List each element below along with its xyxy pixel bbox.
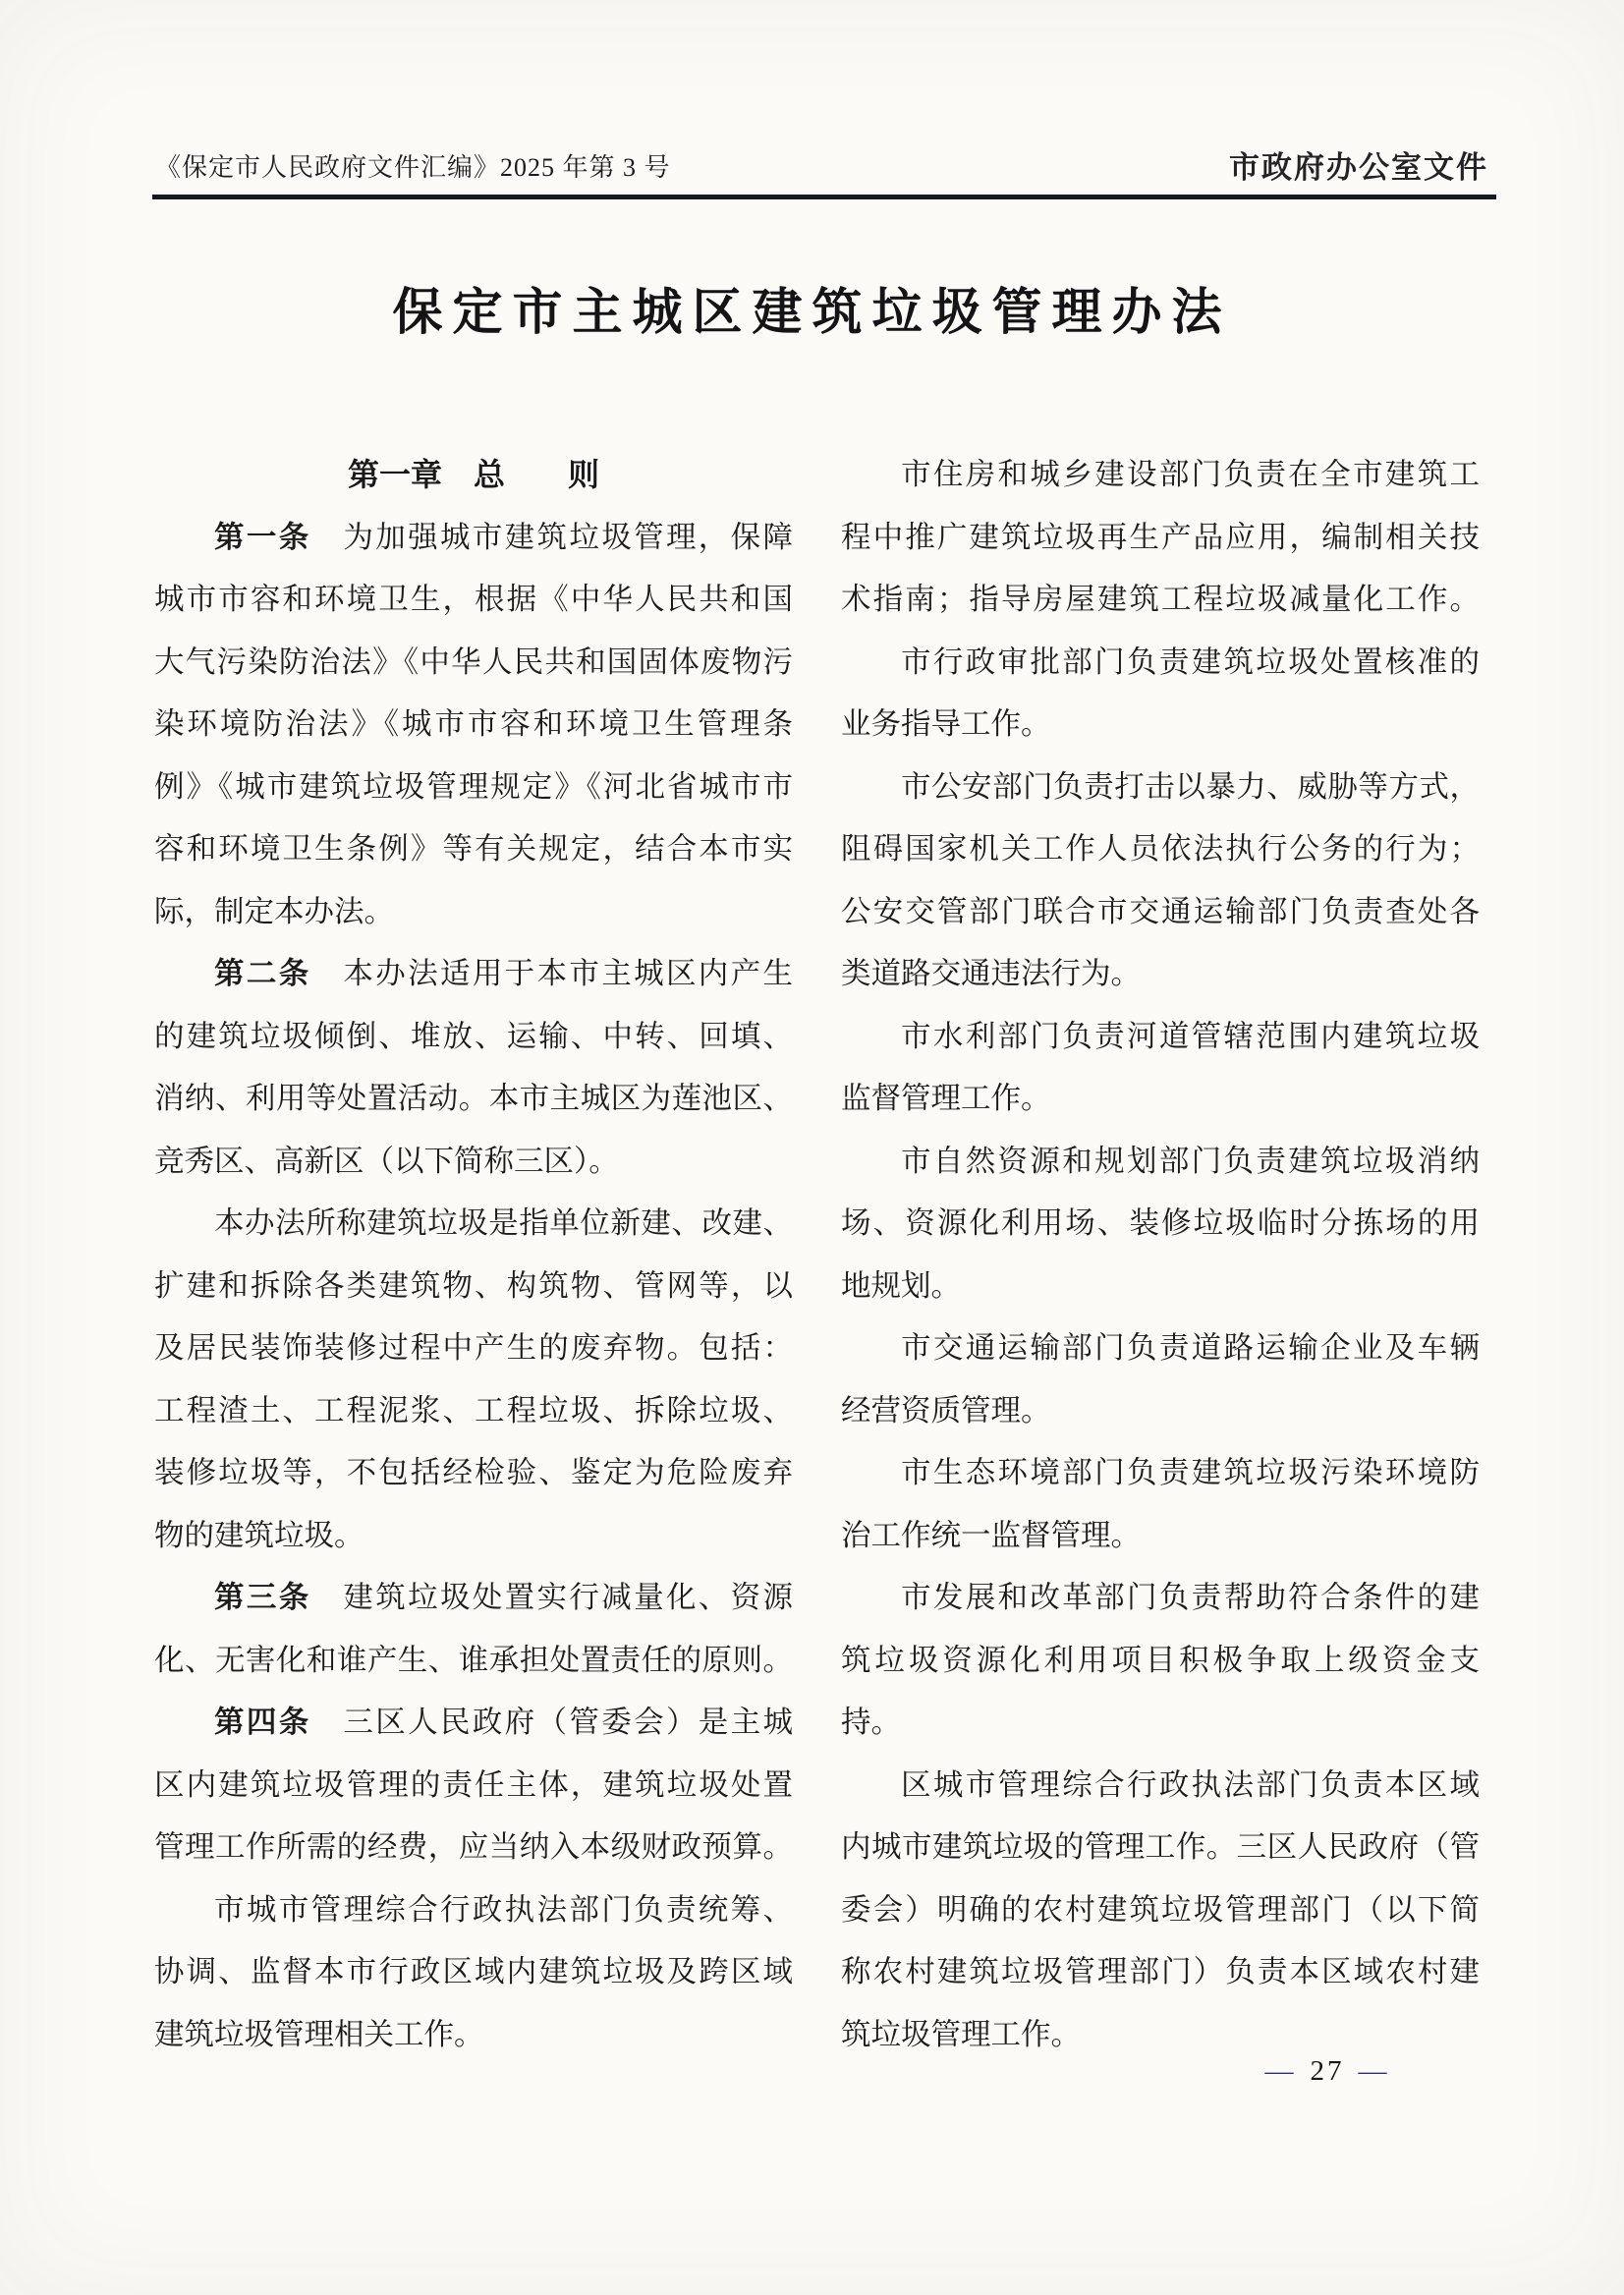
text-line: 本办法所称建筑垃圾是指单位新建、改建、 [154,1193,793,1256]
text-line: 内城市建筑垃圾的管理工作。三区人民政府（管 [841,1817,1480,1879]
text-line: 市交通运输部门负责道路运输企业及车辆 [841,1317,1480,1380]
right-text-column: 市住房和城乡建设部门负责在全市建筑工程中推广建筑垃圾再生产品应用，编制相关技术指… [841,444,1480,2066]
text-line: 类道路交通违法行为。 [841,943,1480,1006]
text-line: 的建筑垃圾倾倒、堆放、运输、中转、回填、 [154,1006,793,1069]
text-line: 阻碍国家机关工作人员依法执行公务的行为； [841,818,1480,881]
text-line: 工程渣土、工程泥浆、工程垃圾、拆除垃圾、 [154,1380,793,1443]
text-line: 市公安部门负责打击以暴力、威胁等方式， [841,756,1480,819]
article-number-label: 第一条 [214,521,311,554]
text-line: 治工作统一监督管理。 [841,1505,1480,1568]
text-line: 业务指导工作。 [841,694,1480,756]
text-line: 经营资质管理。 [841,1380,1480,1443]
text-line: 市发展和改革部门负责帮助符合条件的建 [841,1567,1480,1630]
text-line: 染环境防治法》《城市市容和环境卫生管理条 [154,694,793,756]
text-line: 大气污染防治法》《中华人民共和国固体废物污 [154,632,793,695]
article-number-label: 第二条 [214,957,311,990]
page-footer: —27— [1234,2055,1421,2088]
text-line: 协调、监督本市行政区域内建筑垃圾及跨区域 [154,1941,793,2004]
header-office-label: 市政府办公室文件 [1229,142,1488,187]
text-line: 容和环境卫生条例》等有关规定，结合本市实 [154,818,793,881]
text-line: 称农村建筑垃圾管理部门）负责本区域农村建 [841,1941,1480,2004]
text-line: 物的建筑垃圾。 [154,1505,793,1568]
text-line: 区城市管理综合行政执法部门负责本区域 [841,1755,1480,1818]
text-line: 建筑垃圾管理相关工作。 [154,2004,793,2067]
document-page: 《保定市人民政府文件汇编》2025 年第 3 号 市政府办公室文件 保定市主城区… [0,0,1624,2295]
text-line: 监督管理工作。 [841,1068,1480,1131]
text-line: 市行政审批部门负责建筑垃圾处置核准的 [841,632,1480,695]
footer-right-dash: — [1359,2055,1390,2087]
text-line: 例》《城市建筑垃圾管理规定》《河北省城市市 [154,756,793,819]
text-line: 场、资源化利用场、装修垃圾临时分拣场的用 [841,1193,1480,1256]
text-line: 第三条 建筑垃圾处置实行减量化、资源 [154,1567,793,1630]
text-line: 委会）明确的农村建筑垃圾管理部门（以下简 [841,1879,1480,1942]
text-line: 术指南；指导房屋建筑工程垃圾减量化工作。 [841,569,1480,632]
text-line: 市生态环境部门负责建筑垃圾污染环境防 [841,1442,1480,1505]
text-line: 扩建和拆除各类建筑物、构筑物、管网等，以 [154,1256,793,1318]
left-text-column: 第一章 总 则第一条 为加强城市建筑垃圾管理，保障城市市容和环境卫生，根据《中华… [154,444,793,2066]
text-line: 市城市管理综合行政执法部门负责统筹、 [154,1879,793,1942]
text-line: 第一条 为加强城市建筑垃圾管理，保障 [154,507,793,570]
chapter-heading: 第一章 总 则 [154,444,793,507]
text-line: 市水利部门负责河道管辖范围内建筑垃圾 [841,1006,1480,1069]
footer-left-dash: — [1265,2055,1297,2087]
text-line: 消纳、利用等处置活动。本市主城区为莲池区、 [154,1068,793,1131]
text-line: 城市市容和环境卫生，根据《中华人民共和国 [154,569,793,632]
article-number-label: 第四条 [214,1706,311,1739]
text-line: 管理工作所需的经费，应当纳入本级财政预算。 [154,1817,793,1879]
text-line: 第四条 三区人民政府（管委会）是主城 [154,1692,793,1755]
article-number-label: 第三条 [214,1581,311,1614]
text-line: 区内建筑垃圾管理的责任主体，建筑垃圾处置 [154,1755,793,1818]
header-divider-rule [152,195,1496,199]
text-line: 程中推广建筑垃圾再生产品应用，编制相关技 [841,507,1480,570]
text-line: 公安交管部门联合市交通运输部门负责查处各 [841,881,1480,944]
text-line: 地规划。 [841,1256,1480,1318]
text-line: 及居民装饰装修过程中产生的废弃物。包括： [154,1317,793,1380]
text-line: 化、无害化和谁产生、谁承担处置责任的原则。 [154,1630,793,1693]
text-line: 竞秀区、高新区（以下简称三区）。 [154,1131,793,1194]
text-line: 市住房和城乡建设部门负责在全市建筑工 [841,444,1480,507]
text-line: 装修垃圾等，不包括经检验、鉴定为危险废弃 [154,1442,793,1505]
text-line: 际，制定本办法。 [154,881,793,944]
page-number: 27 [1297,2055,1359,2087]
document-title: 保定市主城区建筑垃圾管理办法 [0,271,1624,344]
header-compilation-label: 《保定市人民政府文件汇编》2025 年第 3 号 [155,147,671,184]
text-line: 市自然资源和规划部门负责建筑垃圾消纳 [841,1131,1480,1194]
text-line: 第二条 本办法适用于本市主城区内产生 [154,943,793,1006]
text-line: 持。 [841,1692,1480,1755]
text-line: 筑垃圾资源化利用项目积极争取上级资金支 [841,1630,1480,1693]
